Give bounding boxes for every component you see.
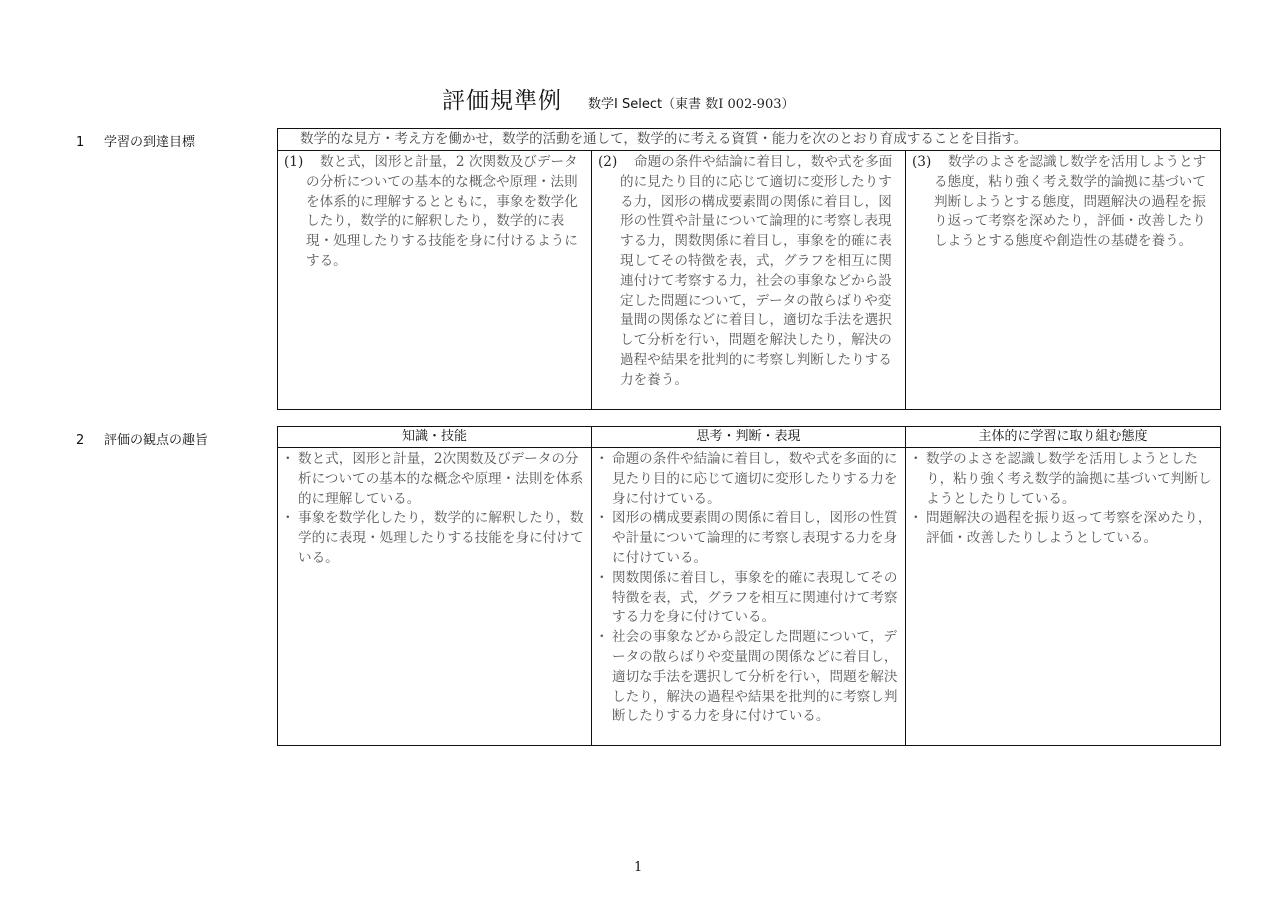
column-header-thinking: 思考・判断・表現 [592,427,906,448]
list-item: 図形の構成要素間の関係に着目し，図形の性質や計量について論理的に考察し表現する力… [598,509,899,568]
column-header-knowledge: 知識・技能 [278,427,592,448]
attitude-cell: 数学のよさを認識し数学を活用しようとしたり，粘り強く考え数学的論拠に基づいて判断… [906,448,1221,746]
goal-1-number: (1) [284,153,303,173]
goal-1-text: 数と式，図形と計量，2 次関数及びデータの分析についての基本的な概念や原理・法則… [306,153,585,272]
section-2-heading: 2評価の観点の趣旨 [76,429,208,448]
section-1-number: 1 [76,135,104,150]
goal-2-text: 命題の条件や結論に着目し，数や式を多面的に見たり目的に応じて適切に変形したりする… [620,153,899,391]
list-item: 数学のよさを認識し数学を活用しようとしたり，粘り強く考え数学的論拠に基づいて判断… [912,450,1214,509]
section-1-label: 学習の到達目標 [104,135,195,150]
subject-info: 数学Ⅰ Select（東書 数Ⅰ 002-903） [588,93,795,112]
goal-cell-2: (2) 命題の条件や結論に着目し，数や式を多面的に見たり目的に応じて適切に変形し… [592,151,906,410]
goal-cell-3: (3) 数学のよさを認識し数学を活用しようとする態度，粘り強く考え数学的論拠に基… [906,151,1221,410]
goal-2-number: (2) [598,153,617,173]
list-item: 事象を数学化したり，数学的に解釈したり，数学的に表現・処理したりする技能を身に付… [284,509,585,568]
list-item: 命題の条件や結論に着目し，数や式を多面的に見たり目的に応じて適切に変形したりする… [598,450,899,509]
section-2-number: 2 [76,433,104,448]
textbook-code: （東書 数Ⅰ 002-903） [662,97,794,112]
section-2-label: 評価の観点の趣旨 [104,433,208,448]
list-item: 社会の事象などから設定した問題について，データの散らばりや変量間の関係などに着目… [598,628,899,727]
knowledge-cell: 数と式，図形と計量，2次関数及びデータの分析についての基本的な概念や原理・法則を… [278,448,592,746]
goal-3-text: 数学のよさを認識し数学を活用しようとする態度，粘り強く考え数学的論拠に基づいて判… [934,153,1214,252]
list-item: 数と式，図形と計量，2次関数及びデータの分析についての基本的な概念や原理・法則を… [284,450,585,509]
list-item: 関数関係に着目し，事象を的確に表現してその特徴を表，式，グラフを相互に関連付けて… [598,569,899,628]
page-number: 1 [634,860,642,875]
subject-name: 数学Ⅰ Select [588,97,662,112]
overall-goal: 数学的な見方・考え方を働かせ，数学的活動を通して，数学的に考える資質・能力を次の… [278,129,1221,151]
goal-3-number: (3) [912,153,931,173]
page-title: 評価規準例 [442,82,562,115]
learning-goals-table: 数学的な見方・考え方を働かせ，数学的活動を通して，数学的に考える資質・能力を次の… [277,128,1221,410]
evaluation-viewpoints-table: 知識・技能 思考・判断・表現 主体的に学習に取り組む態度 数と式，図形と計量，2… [277,426,1221,746]
document-title: 評価規準例 数学Ⅰ Select（東書 数Ⅰ 002-903） [442,82,795,114]
thinking-cell: 命題の条件や結論に着目し，数や式を多面的に見たり目的に応じて適切に変形したりする… [592,448,906,746]
section-1-heading: 1学習の到達目標 [76,131,195,150]
column-header-attitude: 主体的に学習に取り組む態度 [906,427,1221,448]
goal-cell-1: (1) 数と式，図形と計量，2 次関数及びデータの分析についての基本的な概念や原… [278,151,592,410]
list-item: 問題解決の過程を振り返って考察を深めたり，評価・改善したりしようとしている。 [912,509,1214,549]
